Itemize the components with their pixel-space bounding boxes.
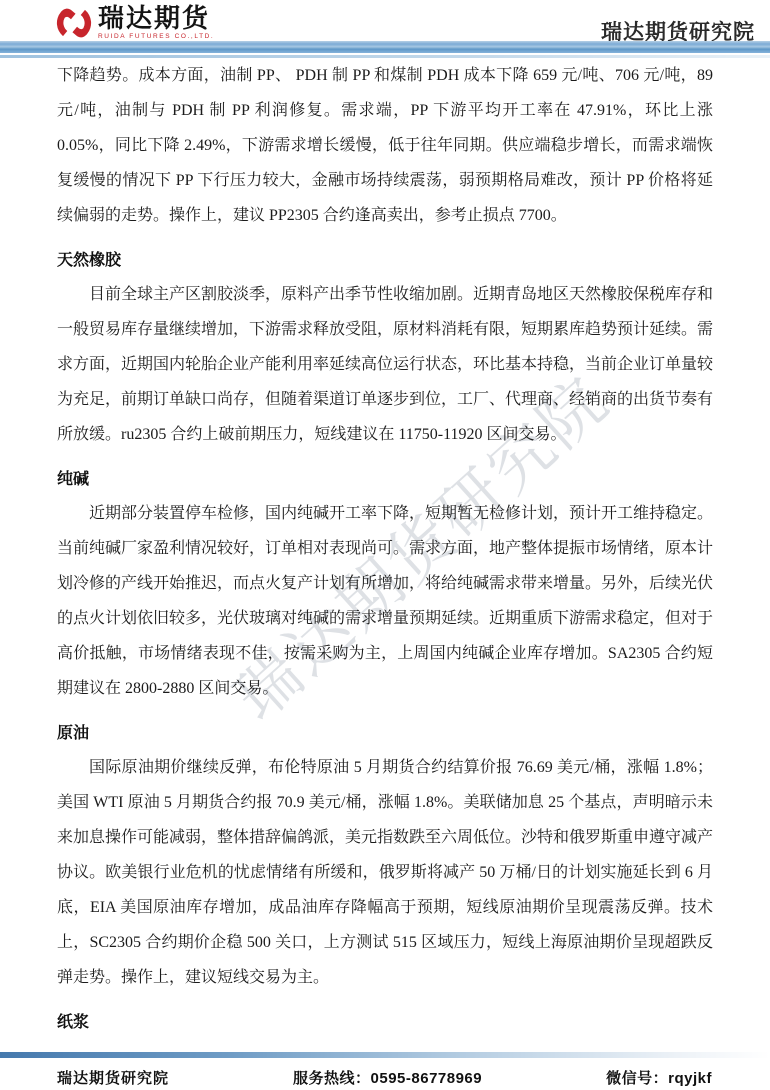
header-divider-bar: [0, 41, 770, 53]
footer-hotline-label: 服务热线：: [293, 1070, 371, 1087]
paragraph-natural-rubber: 目前全球主产区割胶淡季，原料产出季节性收缩加剧。近期青岛地区天然橡胶保税库存和一…: [57, 277, 713, 452]
footer-institute: 瑞达期货研究院: [57, 1067, 169, 1088]
brand-name: 瑞达期货: [98, 4, 214, 32]
footer-wechat: 微信号：rqyjkf: [606, 1067, 712, 1088]
logo: 瑞达期货 RUIDA FUTURES CO.,LTD.: [55, 4, 214, 42]
brand-subtitle: RUIDA FUTURES CO.,LTD.: [98, 33, 214, 40]
footer-wechat-label: 微信号：: [606, 1070, 668, 1087]
paragraph-soda-ash: 近期部分装置停车检修，国内纯碱开工率下降，短期暂无检修计划，预计开工维持稳定。当…: [57, 496, 713, 706]
footer-wechat-id: rqyjkf: [668, 1070, 712, 1087]
footer-hotline-number: 0595-86778969: [371, 1070, 483, 1087]
section-heading-crude-oil: 原油: [57, 718, 713, 750]
section-heading-soda-ash: 纯碱: [57, 464, 713, 496]
footer-row: 瑞达期货研究院 服务热线：0595-86778969 微信号：rqyjkf: [0, 1058, 770, 1088]
page: 瑞达期货 RUIDA FUTURES CO.,LTD. 瑞达期货研究院 瑞达期货…: [0, 0, 770, 1090]
paragraph-crude-oil: 国际原油期价继续反弹，布伦特原油 5 月期货合约结算价报 76.69 美元/桶，…: [57, 750, 713, 995]
section-heading-natural-rubber: 天然橡胶: [57, 245, 713, 277]
logo-text: 瑞达期货 RUIDA FUTURES CO.,LTD.: [98, 4, 214, 40]
section-heading-pulp: 纸浆: [57, 1007, 713, 1039]
document-body: 下降趋势。成本方面，油制 PP、 PDH 制 PP 和煤制 PDH 成本下降 6…: [57, 58, 713, 1039]
header: 瑞达期货 RUIDA FUTURES CO.,LTD. 瑞达期货研究院: [0, 0, 770, 42]
paragraph-pp-continuation: 下降趋势。成本方面，油制 PP、 PDH 制 PP 和煤制 PDH 成本下降 6…: [57, 58, 713, 233]
footer: 瑞达期货研究院 服务热线：0595-86778969 微信号：rqyjkf: [0, 1052, 770, 1090]
ruida-logo-icon: [55, 4, 93, 42]
footer-hotline: 服务热线：0595-86778969: [293, 1067, 482, 1088]
